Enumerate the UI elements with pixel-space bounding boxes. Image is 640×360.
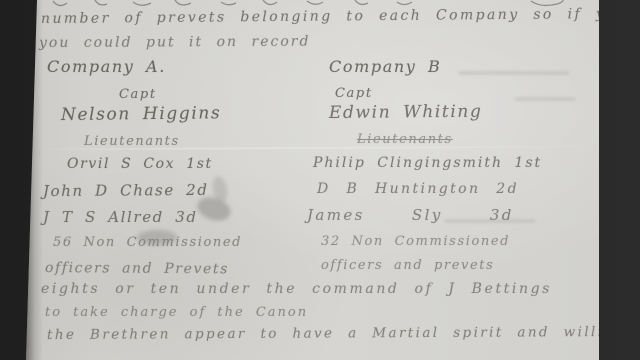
scanned-document: number of prevets belonging to each Comp… <box>0 0 640 360</box>
faded-writing-trace <box>515 90 575 100</box>
company-b-title: Company B <box>329 57 441 76</box>
ink-smudge <box>137 230 177 245</box>
manuscript-page: number of prevets belonging to each Comp… <box>25 0 599 360</box>
handwritten-line: to take charge of the Canon <box>45 305 308 320</box>
company-b-lieutenant: D B Huntington 2d <box>317 181 519 197</box>
company-a-lieutenant: Orvil S Cox 1st <box>67 156 213 172</box>
company-a-lieutenant: J T S Allred 3d <box>43 208 198 226</box>
company-a-strength: officers and Prevets <box>45 260 229 277</box>
company-a-lieutenant: John D Chase 2d <box>43 181 209 200</box>
faded-writing-trace <box>459 62 569 74</box>
company-b-captain-label: Capt <box>335 86 373 101</box>
company-a-captain-label: Capt <box>119 87 157 102</box>
company-b-lieutenants-label: Lieutenants <box>357 132 453 147</box>
company-b-strength: 32 Non Commissioned <box>321 234 510 249</box>
handwritten-line: the Brethren appear to have a Martial sp… <box>47 324 627 343</box>
company-a-lieutenants-label: Lieutenants <box>84 134 180 149</box>
company-b-strength: officers and prevets <box>321 258 494 273</box>
handwritten-line: eights or ten under the command of J Bet… <box>41 281 552 297</box>
company-a-captain-name: Nelson Higgins <box>61 103 221 125</box>
company-a-title: Company A. <box>47 57 166 76</box>
handwritten-line: you could put it on record <box>39 34 310 51</box>
company-b-captain-name: Edwin Whiting <box>329 102 483 123</box>
company-b-lieutenant: Philip Clingingsmith 1st <box>313 155 542 171</box>
faded-writing-trace <box>445 212 535 222</box>
